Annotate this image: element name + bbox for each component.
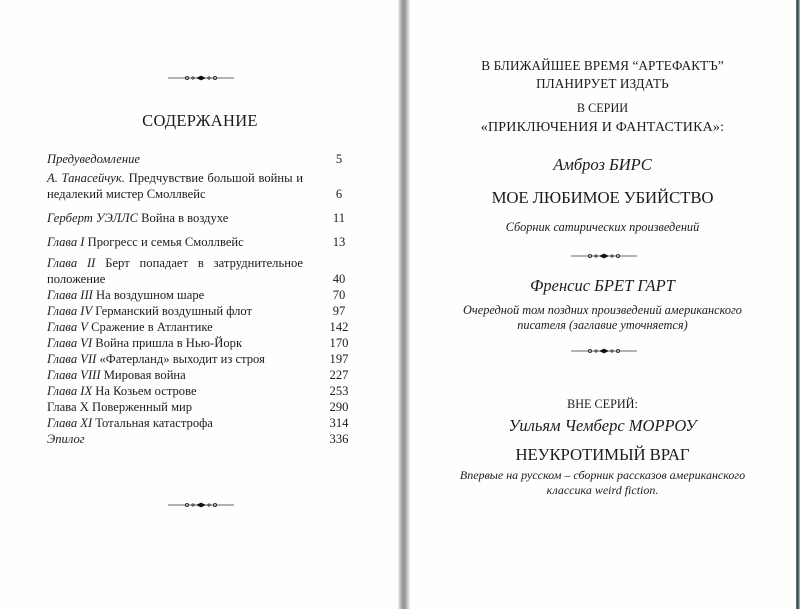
toc-entry: Глава VI Война пришла в Нью-Йорк170 (47, 335, 357, 351)
toc-page-number: 142 (321, 319, 357, 335)
toc-entry-title: Глава X Поверженный мир (47, 399, 321, 415)
toc-page-number: 5 (321, 151, 357, 167)
series-name: «ПРИКЛЮЧЕНИЯ И ФАНТАСТИКА»: (408, 120, 797, 136)
toc-entry-title: Глава III На воздушном шаре (47, 287, 321, 303)
description-line: классика weird fiction. (408, 483, 797, 498)
book-author: Уильям Чемберс МОРРОУ (408, 416, 797, 436)
announcement-line: В БЛИЖАЙШЕЕ ВРЕМЯ “АРТЕФАКТЪ” (408, 57, 797, 75)
toc-entry: Глава VII «Фатерланд» выходит из строя19… (47, 351, 357, 367)
toc-page-number: 97 (321, 303, 357, 319)
toc-entry-title: Глава VI Война пришла в Нью-Йорк (47, 335, 321, 351)
description-line: писателя (заглавие уточняется) (408, 318, 797, 333)
toc-entry: А. Танасейчук. Предчувствие большой войн… (47, 170, 357, 202)
toc-entry-label: Эпилог (47, 432, 85, 446)
toc-entry-text: Война пришла в Нью-Йорк (92, 336, 242, 350)
book-description: Впервые на русском – сборник рассказов а… (408, 468, 797, 498)
description-line: Впервые на русском – сборник рассказов а… (408, 468, 797, 483)
toc-page-number: 13 (321, 234, 357, 250)
toc-page-number: 170 (321, 335, 357, 351)
toc-entry-text: Мировая война (101, 368, 186, 382)
toc-entry: Глава VIII Мировая война227 (47, 367, 357, 383)
toc-entry-text: Прогресс и семья Смоллвейс (84, 235, 243, 249)
book-author: Амброз БИРС (408, 155, 797, 175)
toc-entry-label: Глава XI (47, 416, 92, 430)
toc-entry-title: Эпилог (47, 431, 321, 447)
description-line: Очередной том поздних произведений амери… (408, 303, 797, 318)
toc-entry-title: Глава V Сражение в Атлантике (47, 319, 321, 335)
toc-entry-title: Глава VII «Фатерланд» выходит из строя (47, 351, 321, 367)
toc-entry-label: Герберт УЭЛЛС (47, 211, 138, 225)
toc-entry-title: Глава IV Германский воздушный флот (47, 303, 321, 319)
toc-page-number: 40 (321, 271, 357, 287)
toc-entry-text: Тотальная катастрофа (92, 416, 213, 430)
toc-entry: Герберт УЭЛЛС Война в воздухе11 (47, 210, 357, 226)
toc-entry-title: Глава VIII Мировая война (47, 367, 321, 383)
table-of-contents: Предуведомление5А. Танасейчук. Предчувст… (47, 151, 357, 447)
ornament-divider-icon (571, 251, 637, 261)
book-spread: СОДЕРЖАНИЕ Предуведомление5А. Танасейчук… (0, 0, 800, 609)
toc-entry: Глава XI Тотальная катастрофа314 (47, 415, 357, 431)
toc-entry-label: Глава VII (47, 352, 96, 366)
toc-entry-label: Глава IV (47, 304, 92, 318)
book-description: Сборник сатирических произведений (408, 220, 797, 235)
toc-entry: Глава V Сражение в Атлантике142 (47, 319, 357, 335)
toc-entry-label: Глава I (47, 235, 84, 249)
toc-entry-title: Герберт УЭЛЛС Война в воздухе (47, 210, 321, 226)
book-description: Очередной том поздних произведений амери… (408, 303, 797, 333)
toc-page-number: 227 (321, 367, 357, 383)
toc-entry-text: Война в воздухе (138, 211, 228, 225)
series-label: В СЕРИИ (408, 101, 797, 116)
toc-entry-label: Предуведомление (47, 152, 140, 166)
toc-entry-text: «Фатерланд» выходит из строя (96, 352, 265, 366)
toc-entry-label: Глава II (47, 256, 95, 270)
toc-entry: Глава X Поверженный мир290 (47, 399, 357, 415)
book-author: Френсис БРЕТ ГАРТ (408, 276, 797, 296)
toc-entry-label: Глава III (47, 288, 93, 302)
toc-entry-title: Глава II Берт попадает в затруднительное… (47, 255, 321, 287)
announcement-line: ПЛАНИРУЕТ ИЗДАТЬ (408, 75, 797, 93)
toc-entry-text: Сражение в Атлантике (88, 320, 213, 334)
book-title: НЕУКРОТИМЫЙ ВРАГ (408, 445, 797, 465)
toc-entry: Эпилог336 (47, 431, 357, 447)
toc-entry-title: Глава IX На Козьем острове (47, 383, 321, 399)
toc-page-number: 197 (321, 351, 357, 367)
toc-entry-label: Глава VI (47, 336, 92, 350)
ornament-divider-icon (571, 346, 637, 356)
toc-entry-text: На Козьем острове (92, 384, 196, 398)
toc-entry: Глава II Берт попадает в затруднительное… (47, 255, 357, 287)
ornament-divider-icon (168, 73, 234, 83)
page-title: СОДЕРЖАНИЕ (0, 111, 400, 131)
toc-page-number: 6 (321, 186, 357, 202)
toc-entry-label: Глава IX (47, 384, 92, 398)
toc-page-number: 11 (321, 210, 357, 226)
toc-page-number: 336 (321, 431, 357, 447)
toc-entry: Глава I Прогресс и семья Смоллвейс13 (47, 234, 357, 250)
toc-entry: Глава IV Германский воздушный флот97 (47, 303, 357, 319)
toc-entry-label: А. Танасейчук. (47, 171, 125, 185)
toc-entry-text: Глава X Поверженный мир (47, 400, 192, 414)
toc-entry-text: Германский воздушный флот (92, 304, 252, 318)
toc-entry-title: Глава I Прогресс и семья Смоллвейс (47, 234, 321, 250)
toc-entry-title: А. Танасейчук. Предчувствие большой войн… (47, 170, 321, 202)
toc-entry-label: Глава VIII (47, 368, 101, 382)
announcement-heading: В БЛИЖАЙШЕЕ ВРЕМЯ “АРТЕФАКТЪ” ПЛАНИРУЕТ … (408, 57, 797, 93)
toc-page-number: 314 (321, 415, 357, 431)
toc-page-number: 290 (321, 399, 357, 415)
toc-page-number: 253 (321, 383, 357, 399)
toc-entry-text: На воздушном шаре (93, 288, 204, 302)
book-title: МОЕ ЛЮБИМОЕ УБИЙСТВО (408, 188, 797, 208)
toc-entry-title: Глава XI Тотальная катастрофа (47, 415, 321, 431)
toc-entry-label: Глава V (47, 320, 88, 334)
ornament-divider-icon (168, 500, 234, 510)
toc-entry: Предуведомление5 (47, 151, 357, 167)
toc-entry: Глава III На воздушном шаре70 (47, 287, 357, 303)
toc-page-number: 70 (321, 287, 357, 303)
toc-entry: Глава IX На Козьем острове253 (47, 383, 357, 399)
toc-entry-title: Предуведомление (47, 151, 321, 167)
nonseries-label: ВНЕ СЕРИЙ: (408, 397, 797, 412)
